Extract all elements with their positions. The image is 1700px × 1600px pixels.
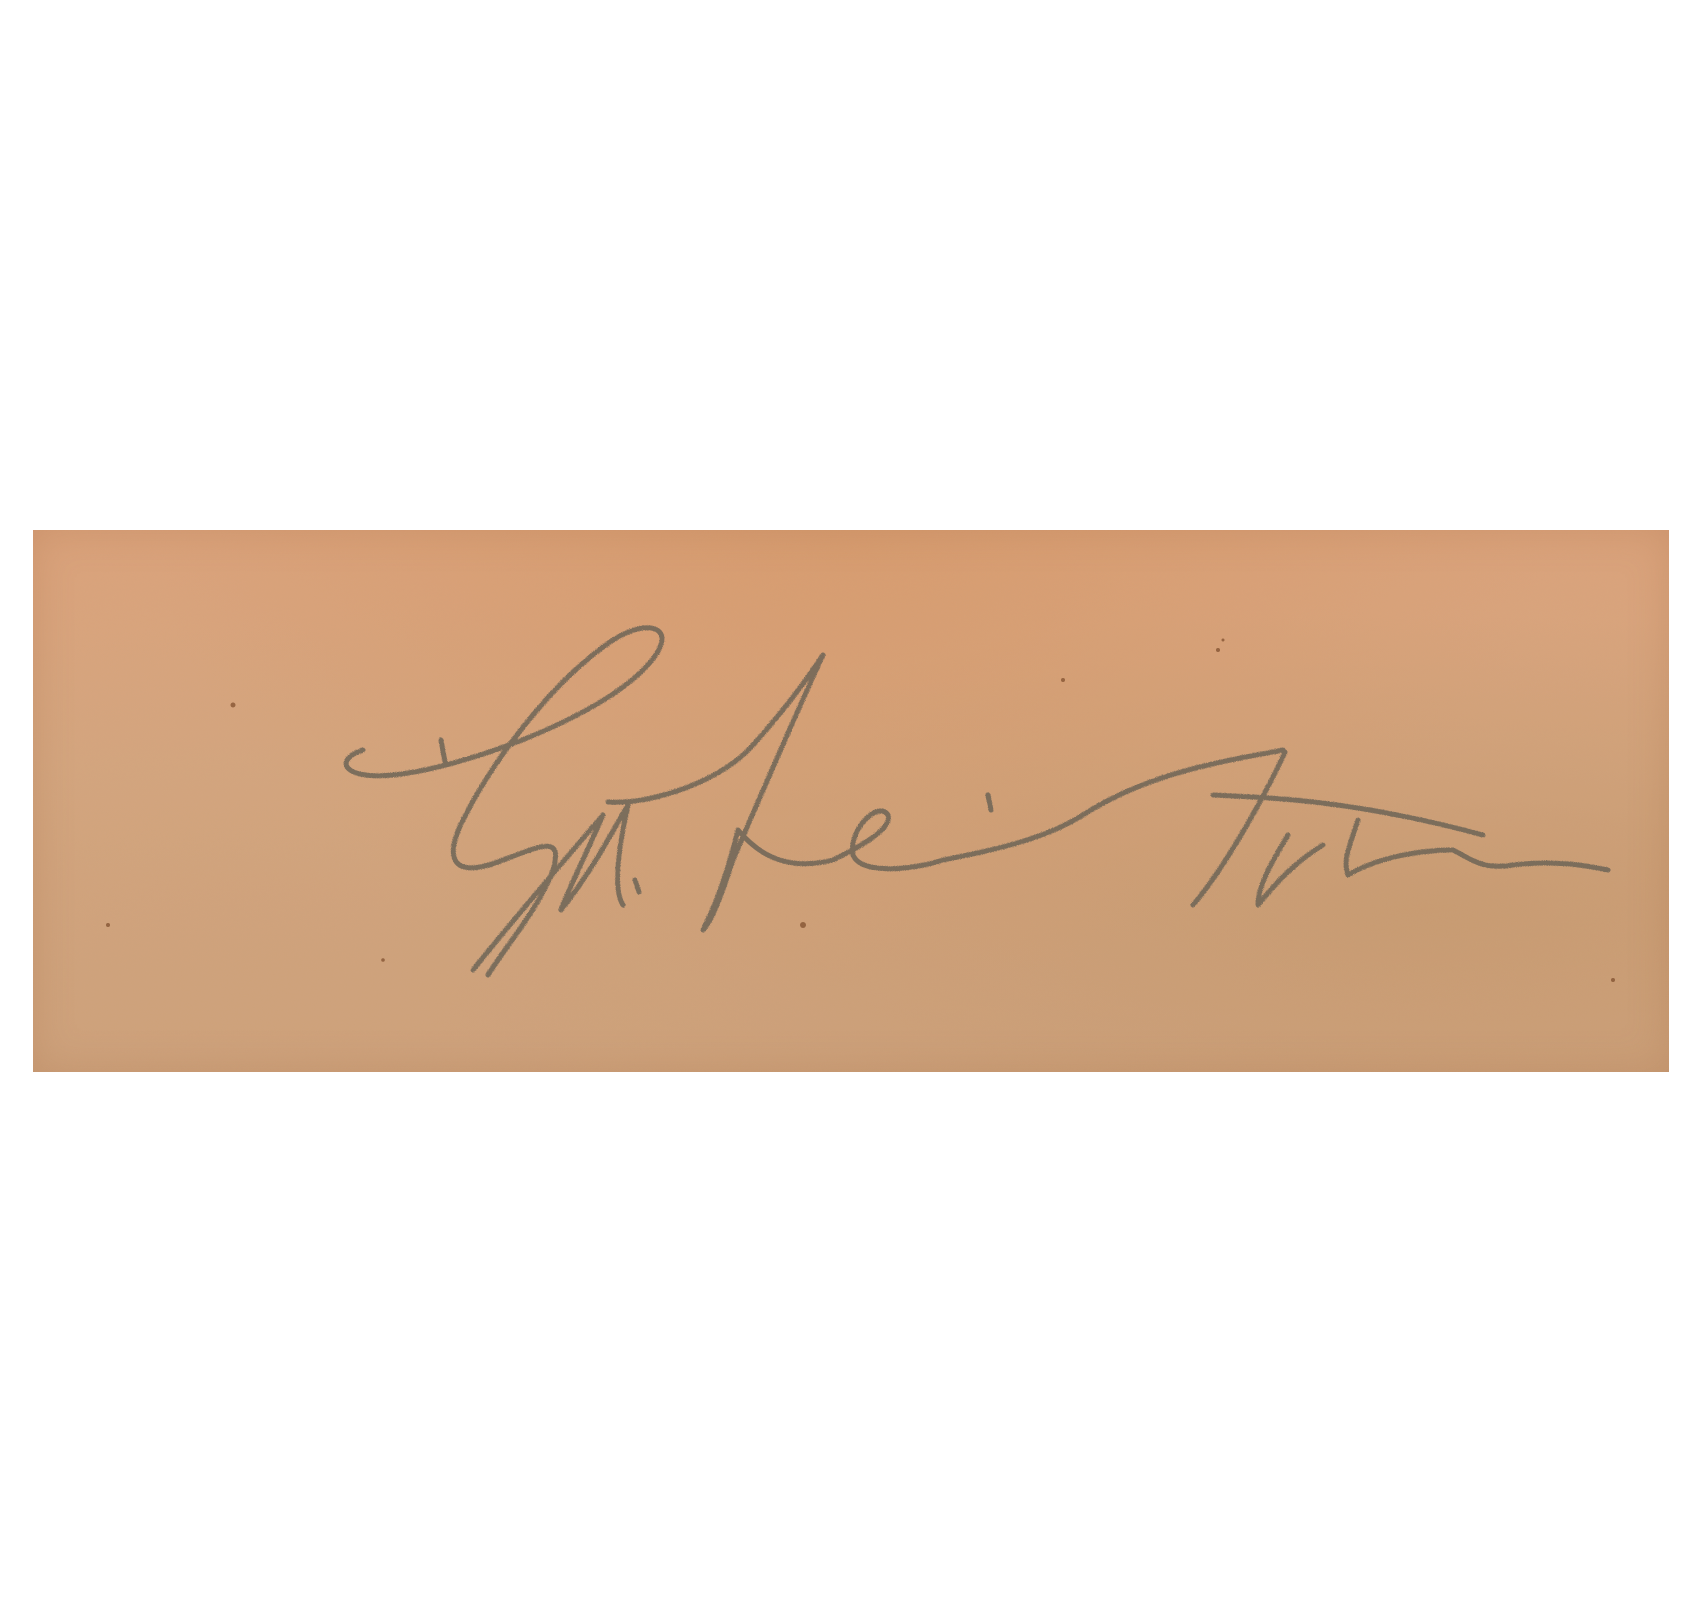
signature-drawing (33, 530, 1669, 1072)
paper-strip: G. W. Leitner (33, 530, 1669, 1072)
